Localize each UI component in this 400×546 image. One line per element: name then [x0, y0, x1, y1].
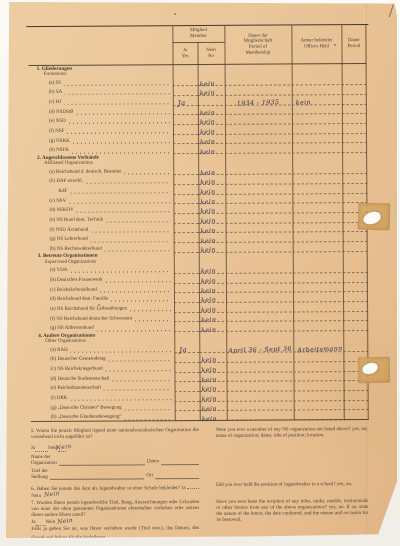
- period-cell: April 36 - Sept 36: [226, 343, 293, 353]
- row-label-cell: (h) NS Rechtswahrerbund: [30, 243, 174, 254]
- yes-cell: [173, 195, 198, 205]
- question-7-en: Have you ever been the recipient of any …: [216, 499, 368, 524]
- page-content: Mitglied Member Ja Yes Nein No: [4, 1, 398, 539]
- yes-cell: [173, 144, 198, 154]
- no-cell: kein: [200, 401, 227, 411]
- dot-leader: [124, 170, 170, 174]
- yes-cell: [174, 243, 199, 253]
- offices-cell: [294, 381, 344, 391]
- questions-german-column: 5. Waren Sie jemals Mitglied irgend eine…: [31, 428, 199, 429]
- no-cell: kein: [199, 372, 226, 382]
- dot-leader: [70, 189, 170, 194]
- yes-cell: [174, 363, 199, 373]
- no-cell: kein: [199, 274, 226, 284]
- header-offices-column: Amter bekleidet Offices Held: [291, 25, 341, 63]
- offices-cell: [292, 105, 342, 115]
- offices-cell: [292, 134, 342, 144]
- paper-sheet: Mitglied Member Ja Yes Nein No: [6, 2, 397, 538]
- offices-cell: [293, 312, 343, 322]
- daten-label: Daten: [147, 459, 159, 465]
- dauer-cell: [343, 292, 368, 302]
- handwritten-entry: kein: [201, 247, 216, 255]
- no-cell: kein: [199, 264, 226, 274]
- offices-cell: [293, 223, 343, 233]
- handwritten-entry: kein: [200, 148, 215, 156]
- dot-leader: [105, 247, 171, 251]
- period-cell: [225, 165, 292, 175]
- stellung-label: Stellung: [31, 475, 48, 481]
- yes-cell: [174, 303, 199, 313]
- period-cell: [226, 273, 293, 283]
- period-cell: [226, 233, 293, 243]
- no-cell: kein: [198, 165, 225, 175]
- no-cell: kein: [199, 233, 226, 243]
- question-7-followup: Falls ja geben Sie an, was Ihnen verlieh…: [31, 526, 199, 542]
- period-cell: [226, 242, 293, 252]
- yes-cell: [173, 175, 198, 185]
- period-cell: [225, 204, 292, 214]
- dot-leader: [130, 307, 171, 311]
- dot-leader: [64, 81, 170, 86]
- offices-cell: [292, 213, 342, 223]
- header-membership-en2: Membership: [246, 50, 271, 56]
- table-row: (h) NSFKkein: [29, 143, 367, 155]
- questions-english-column: Were you ever a member of any NS organiz…: [216, 427, 368, 428]
- header-no-en: No: [208, 53, 214, 59]
- dot-leader: [112, 377, 171, 381]
- no-cell: kein: [198, 144, 225, 154]
- dauer-cell: [342, 164, 367, 174]
- yes-cell: [173, 166, 198, 176]
- header-member-subcolumns: Ja Yes Nein No: [172, 43, 224, 64]
- yes-cell: [175, 402, 200, 412]
- offices-cell: [293, 242, 343, 252]
- question-7-de: 7. Wurden Ihnen jemals irgendwelche Tite…: [31, 500, 199, 519]
- no-cell: kein: [198, 185, 225, 195]
- offices-cell: [292, 85, 342, 95]
- offices-cell: [293, 292, 343, 302]
- offices-cell: [292, 76, 342, 86]
- blank-line: [59, 460, 145, 467]
- period-cell: [226, 353, 293, 363]
- no-cell: kein: [198, 204, 225, 214]
- handwritten-answer: Nein: [57, 518, 73, 526]
- dauer-cell: [342, 134, 367, 144]
- header-no-column: Nein No: [197, 43, 224, 64]
- offices-cell: [292, 174, 342, 184]
- offices-cell: [293, 263, 343, 273]
- yes-cell: [173, 86, 198, 96]
- dot-leader: [106, 367, 172, 371]
- period-cell: [225, 184, 292, 194]
- period-cell: [225, 175, 292, 185]
- dauer-cell: [342, 95, 367, 105]
- offices-cell: [293, 352, 343, 362]
- row-label-cell: (g) NS Altherrenbund: [30, 322, 174, 333]
- yes-cell: [174, 353, 199, 363]
- row-label-cell: (h) NSFK: [29, 144, 173, 155]
- yes-cell: Ja: [174, 344, 199, 354]
- blank-line: [155, 473, 199, 479]
- yes-cell: [173, 106, 198, 116]
- no-cell: kein: [198, 105, 225, 115]
- dauer-cell: [344, 391, 369, 401]
- no-cell: kein: [199, 243, 226, 253]
- blank-line: [35, 446, 48, 452]
- handwritten-entry: kein: [201, 326, 216, 334]
- dot-leader: [69, 120, 170, 125]
- dauer-cell: [343, 242, 368, 252]
- position-title-field: Titel der Stellung Ort: [31, 468, 199, 480]
- offices-cell: [292, 194, 342, 204]
- period-cell: [226, 264, 293, 274]
- question-7-answer-row: Ja Nein Nein: [31, 519, 199, 526]
- offices-cell: [293, 321, 343, 331]
- questions-section: 5. Waren Sie jemals Mitglied irgend eine…: [31, 427, 370, 537]
- yes-cell: [175, 382, 200, 392]
- dot-leader: [70, 269, 170, 274]
- yes-cell: [174, 373, 199, 383]
- dauer-cell: [343, 342, 368, 352]
- no-cell: [199, 343, 226, 353]
- handwritten-answer: Nein: [44, 491, 60, 499]
- nein-label: Nein: [31, 494, 41, 499]
- dot-leader: [70, 396, 171, 401]
- period-cell: [225, 105, 292, 115]
- yes-cell: [173, 135, 198, 145]
- membership-table: Mitglied Member Ja Yes Nein No: [28, 25, 368, 422]
- no-cell: kein: [198, 76, 225, 86]
- offices-cell: [293, 372, 343, 382]
- no-cell: kein: [198, 86, 225, 96]
- period-cell: [226, 283, 293, 293]
- header-yes-column: Ja Yes: [172, 43, 197, 64]
- yes-cell: [174, 233, 199, 243]
- period-cell: [225, 213, 292, 223]
- header-member-title: Mitglied Member: [172, 26, 224, 43]
- dot-leader: [125, 406, 172, 410]
- period-cell: [225, 194, 292, 204]
- dot-leader: [76, 110, 169, 115]
- header-label-column: [28, 26, 172, 65]
- yes-cell: [174, 224, 199, 234]
- dauer-cell: [343, 273, 368, 283]
- blank-line: [50, 474, 144, 481]
- yes-cell: [175, 392, 200, 402]
- yes-cell: Ja: [173, 96, 198, 106]
- offices-cell: [294, 391, 344, 401]
- period-cell: [227, 391, 294, 401]
- question-5-answer-row: Ja Nein Nein: [31, 445, 199, 452]
- no-cell: kein: [199, 283, 226, 293]
- header-period-column: Dauer Period: [341, 25, 366, 63]
- header-offices-en: Offices Held: [304, 44, 329, 50]
- yes-cell: [174, 313, 199, 323]
- offices-cell: Arbeitsmann: [293, 343, 343, 353]
- dot-leader: [100, 288, 171, 292]
- dot-leader: [71, 348, 172, 353]
- dot-leader: [135, 317, 171, 321]
- offices-cell: [292, 114, 342, 124]
- no-cell: kein: [198, 214, 225, 224]
- no-cell: kein: [198, 134, 225, 144]
- dot-leader: [77, 209, 171, 214]
- header-membership-period-column: Dauer der Mitgliedschaft Period of Membe…: [224, 25, 291, 63]
- dauer-cell: [343, 312, 368, 322]
- blank-line: [187, 483, 199, 489]
- yes-cell: [173, 125, 198, 135]
- dot-leader: [67, 129, 170, 134]
- dot-leader: [106, 278, 171, 282]
- yes-cell: [174, 322, 199, 332]
- no-cell: kein: [199, 353, 226, 363]
- dauer-cell: [343, 232, 368, 242]
- no-cell: kein: [198, 125, 225, 135]
- period-cell: [225, 134, 292, 144]
- period-cell: [225, 76, 292, 86]
- dauer-cell: [343, 263, 368, 273]
- period-cell: [225, 86, 292, 96]
- no-cell: kein: [200, 392, 227, 402]
- dauer-cell: [343, 302, 368, 312]
- period-cell: [226, 322, 293, 332]
- no-cell: kein: [199, 363, 226, 373]
- period-cell: [225, 144, 292, 154]
- period-cell: [227, 382, 294, 392]
- dot-leader: [64, 100, 170, 105]
- no-cell: kein: [199, 312, 226, 322]
- ja-label: Ja: [181, 486, 185, 491]
- scanned-questionnaire-page: Mitglied Member Ja Yes Nein No: [0, 0, 400, 546]
- offices-cell: [293, 283, 343, 293]
- yes-cell: [174, 284, 199, 294]
- period-cell: [226, 362, 293, 372]
- period-cell: [226, 312, 293, 322]
- offices-cell: [292, 124, 342, 134]
- no-cell: kein: [200, 382, 227, 392]
- dot-leader: [104, 387, 172, 391]
- no-cell: kein: [198, 175, 225, 185]
- dauer-cell: [343, 283, 368, 293]
- offices-cell: [294, 401, 344, 411]
- period-cell: [225, 124, 292, 134]
- period-cell: [226, 372, 293, 382]
- yes-cell: [173, 204, 198, 214]
- question-6-de: 6. Haben Sie jemals das Amt als Jugendwa…: [31, 483, 199, 500]
- period-cell: 1934 - 1935: [225, 95, 292, 105]
- organization-name-field: Name der Organisation Daten: [31, 454, 199, 466]
- dot-leader: [86, 180, 170, 185]
- offices-cell: [293, 232, 343, 242]
- dauer-cell: [342, 105, 367, 115]
- period-cell: [225, 115, 292, 125]
- dot-leader: [109, 358, 172, 362]
- no-cell: kein: [199, 322, 226, 332]
- no-cell: kein: [198, 194, 225, 204]
- dauer-cell: [342, 114, 367, 124]
- dauer-cell: [343, 321, 368, 331]
- dauer-cell: [342, 124, 367, 134]
- no-cell: kein: [199, 303, 226, 313]
- offices-cell: [293, 362, 343, 372]
- dot-leader: [72, 149, 170, 154]
- table-row: (g) NS Altherrenbundkein: [30, 321, 368, 333]
- period-cell: [226, 302, 293, 312]
- offices-cell: [292, 143, 342, 153]
- question-5-de: 5. Waren Sie jemals Mitglied irgend eine…: [31, 428, 199, 441]
- blank-line: [36, 520, 46, 526]
- dauer-cell: [342, 174, 367, 184]
- dot-leader: [97, 327, 171, 331]
- no-cell: kein: [199, 223, 226, 233]
- question-5-en: Were you ever a member of any NS organiz…: [216, 427, 368, 440]
- no-cell: kein: [199, 293, 226, 303]
- dauer-cell: [342, 184, 367, 194]
- handwritten-answer: Nein: [55, 444, 71, 452]
- header-member-column: Mitglied Member Ja Yes Nein No: [172, 26, 224, 64]
- dot-leader: [73, 139, 170, 144]
- offices-cell: kein: [292, 95, 342, 105]
- blank-line: [106, 532, 136, 538]
- dauer-cell: [342, 75, 367, 85]
- header-dauer-en: Period: [348, 44, 361, 50]
- period-cell: [227, 401, 294, 411]
- yes-cell: [174, 293, 199, 303]
- dot-leader: [91, 238, 171, 242]
- offices-cell: [292, 203, 342, 213]
- header-member-en: Member: [190, 34, 207, 40]
- table-body: 1. GliederungenFormations(a) SSkein(b) S…: [29, 64, 369, 422]
- no-cell: [198, 96, 225, 106]
- dot-leader: [65, 91, 170, 96]
- no-cell: kein: [198, 115, 225, 125]
- offices-cell: [292, 184, 342, 194]
- offices-cell: [292, 165, 342, 175]
- header-yes-en: Yes: [181, 54, 188, 60]
- table-row: (h) NS Rechtswahrerbundkein: [30, 242, 368, 254]
- dauer-cell: [342, 143, 367, 153]
- yes-cell: [173, 214, 198, 224]
- yes-cell: [174, 264, 199, 274]
- dot-leader: [91, 228, 170, 232]
- dot-leader: [69, 199, 170, 204]
- yes-cell: [174, 274, 199, 284]
- dauer-cell: [344, 401, 369, 411]
- nein-label: Nein: [46, 520, 56, 526]
- yes-cell: [173, 185, 198, 195]
- blank-line: [161, 459, 199, 465]
- dot-leader: [106, 218, 170, 222]
- dauer-cell: [342, 85, 367, 95]
- offices-cell: [293, 273, 343, 283]
- dot-leader: [111, 298, 171, 302]
- yes-cell: [173, 77, 198, 87]
- table-header: Mitglied Member Ja Yes Nein No: [28, 25, 366, 66]
- organisation-label: Organisation: [31, 460, 57, 466]
- period-cell: [226, 223, 293, 233]
- question-6-en: Did you ever hold the position of Jugend…: [216, 482, 368, 489]
- ort-label: Ort: [146, 473, 153, 479]
- offices-cell: [293, 302, 343, 312]
- yes-cell: [173, 115, 198, 125]
- period-cell: [226, 293, 293, 303]
